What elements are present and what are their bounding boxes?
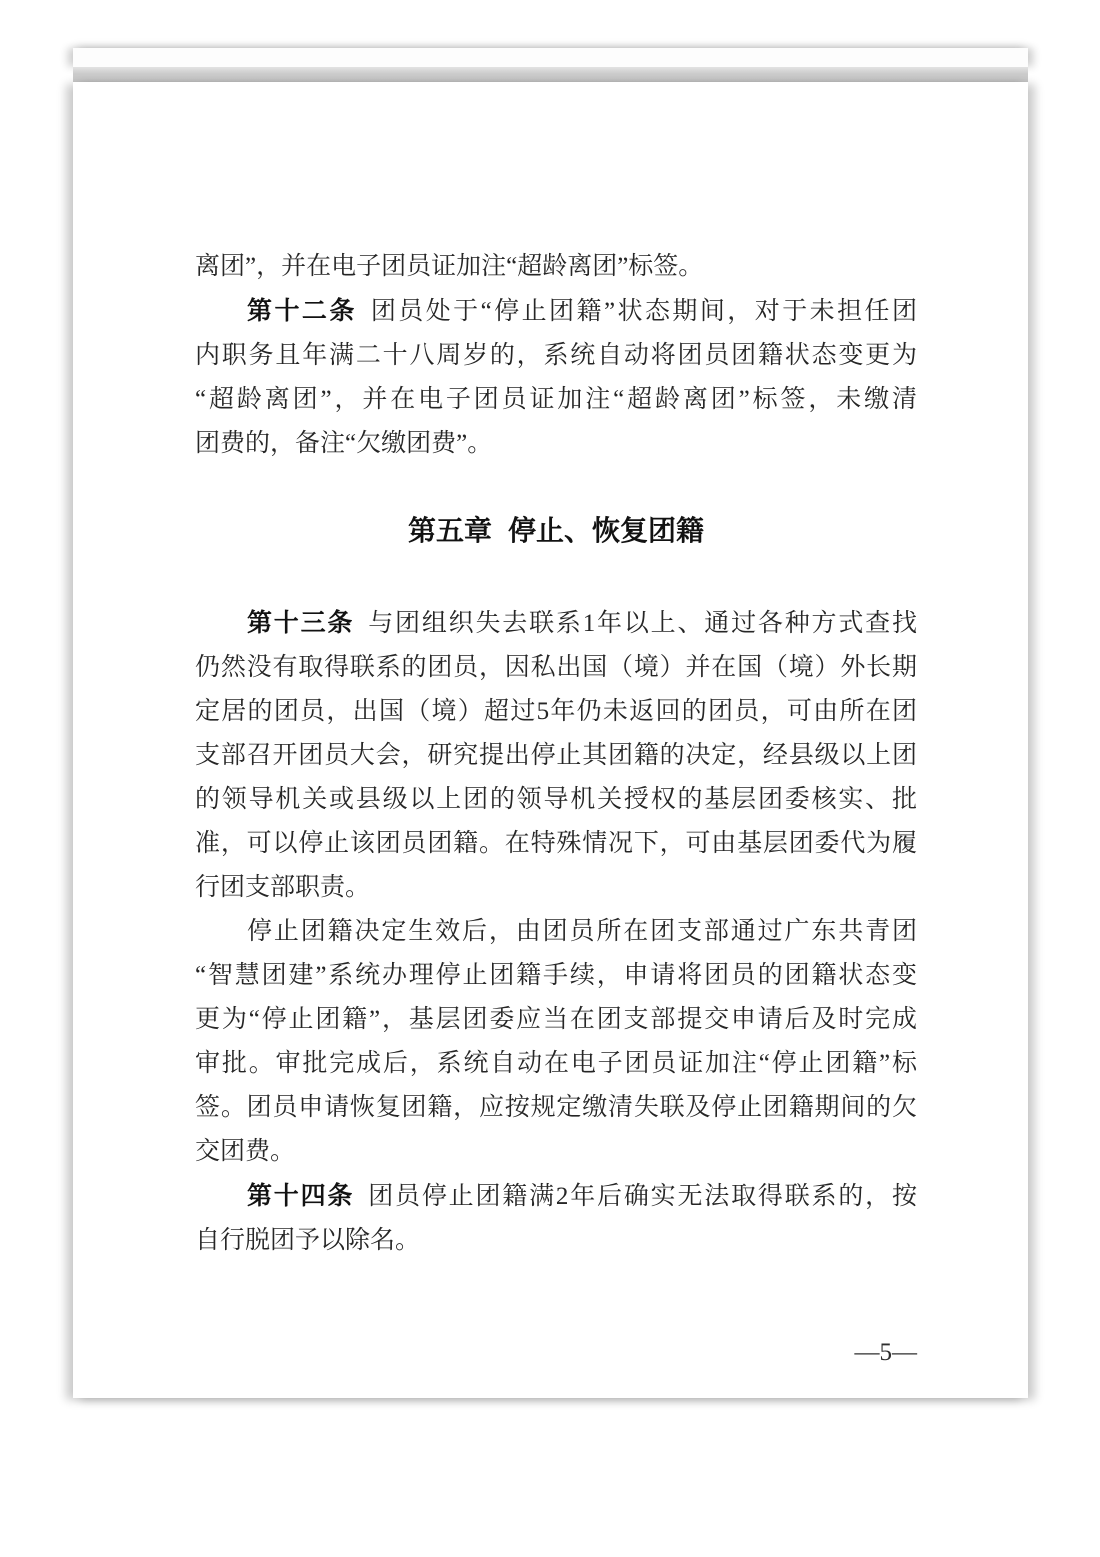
article-number: 第十四条 [247,1182,354,1210]
chapter-number: 第五章 [408,515,492,546]
chapter-heading: 第五章停止、恢复团籍 [195,509,917,553]
page-separator [73,67,1028,82]
text-line: 自行脱团予以除名。 [195,1219,917,1263]
document-page: 离团”，并在电子团员证加注“超龄离团”标签。 第十二条团员处于“停止团籍”状态期… [73,82,1028,1398]
text-line: 行团支部职责。 [195,866,917,910]
text-line: 第十三条与团组织失去联系1年以上、通过各种方式查找 [195,601,917,646]
line-text: 与团组织失去联系1年以上、通过各种方式查找 [368,610,917,637]
text-line: 支部召开团员大会，研究提出停止其团籍的决定，经县级以上团 [195,734,917,778]
line-text: 团员停止团籍满2年后确实无法取得联系的，按 [368,1183,917,1210]
text-line: 第十四条团员停止团籍满2年后确实无法取得联系的，按 [195,1174,917,1219]
line-text: 团员处于“停止团籍”状态期间，对于未担任团 [371,298,917,325]
text-line: 签。团员申请恢复团籍，应按规定缴清失联及停止团籍期间的欠 [195,1086,917,1130]
text-line: 定居的团员，出国（境）超过5年仍未返回的团员，可由所在团 [195,690,917,734]
text-line: 停止团籍决定生效后，由团员所在团支部通过广东共青团 [195,910,917,954]
text-line: 内职务且年满二十八周岁的，系统自动将团员团籍状态变更为 [195,334,917,378]
page-number: —5— [195,1331,917,1375]
text-line: 准，可以停止该团员团籍。在特殊情况下，可由基层团委代为履 [195,822,917,866]
text-line: 交团费。 [195,1130,917,1174]
article-number: 第十二条 [247,297,357,325]
article-number: 第十三条 [247,609,354,637]
text-line: 的领导机关或县级以上团的领导机关授权的基层团委核实、批 [195,778,917,822]
text-line: 团费的，备注“欠缴团费”。 [195,422,917,466]
text-line: 更为“停止团籍”，基层团委应当在团支部提交申请后及时完成 [195,998,917,1042]
text-line: 离团”，并在电子团员证加注“超龄离团”标签。 [195,245,917,289]
text-line: 审批。审批完成后，系统自动在电子团员证加注“停止团籍”标 [195,1042,917,1086]
text-line: 仍然没有取得联系的团员，因私出国（境）并在国（境）外长期 [195,646,917,690]
text-line: “智慧团建”系统办理停止团籍手续，申请将团员的团籍状态变 [195,954,917,998]
previous-page-bottom-edge [73,48,1028,67]
text-line: 第十二条团员处于“停止团籍”状态期间，对于未担任团 [195,289,917,334]
chapter-title: 停止、恢复团籍 [508,515,704,546]
text-line: “超龄离团”，并在电子团员证加注“超龄离团”标签，未缴清 [195,378,917,422]
